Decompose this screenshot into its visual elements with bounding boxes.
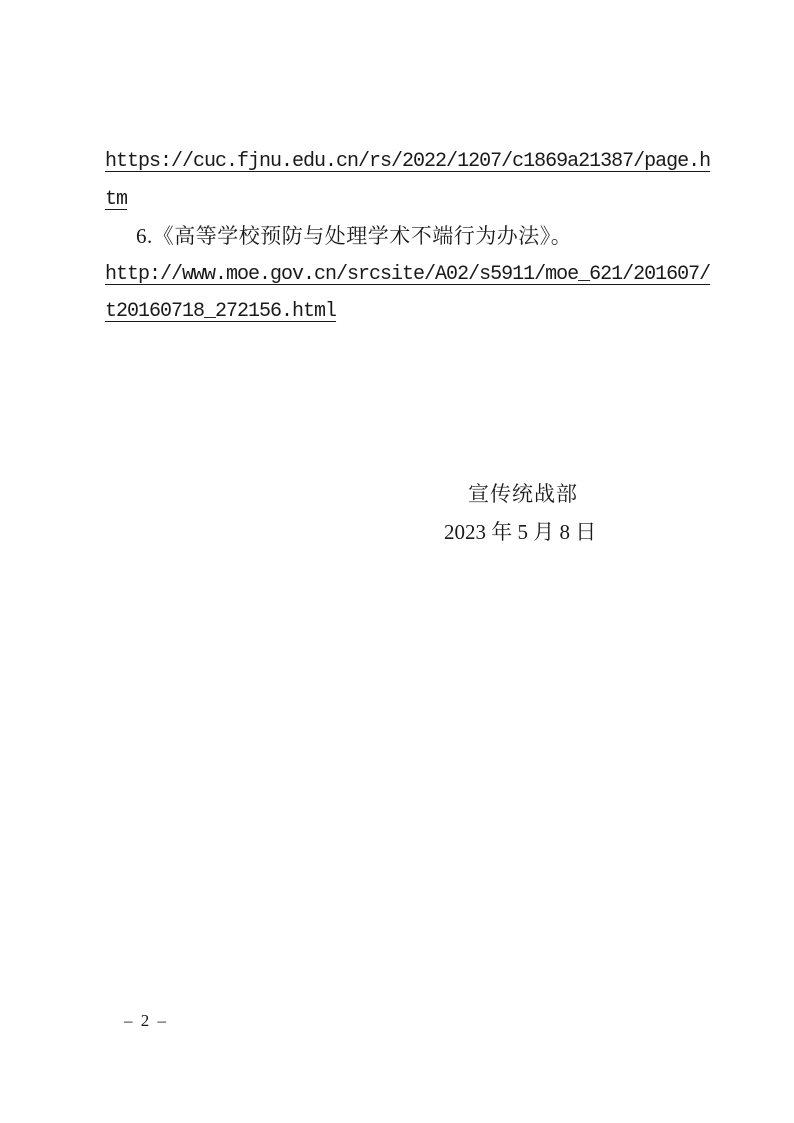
reference-url-5-line-1[interactable]: https://cuc.fjnu.edu.cn/rs/2022/1207/c18… (105, 143, 717, 181)
signature-department: 宣传统战部 (468, 482, 578, 506)
reference-url-6-line-1[interactable]: http://www.moe.gov.cn/srcsite/A02/s5911/… (105, 256, 717, 294)
document-body: https://cuc.fjnu.edu.cn/rs/2022/1207/c18… (105, 143, 717, 331)
document-page: https://cuc.fjnu.edu.cn/rs/2022/1207/c18… (0, 0, 794, 1123)
list-item-6: 6.《高等学校预防与处理学术不端行为办法》。 (105, 218, 717, 256)
page-number: – 2 – (124, 1011, 168, 1031)
signature-date: 2023 年 5 月 8 日 (444, 520, 596, 544)
reference-url-6-line-2[interactable]: t20160718_272156.html (105, 293, 717, 331)
reference-url-5-line-2[interactable]: tm (105, 181, 717, 219)
